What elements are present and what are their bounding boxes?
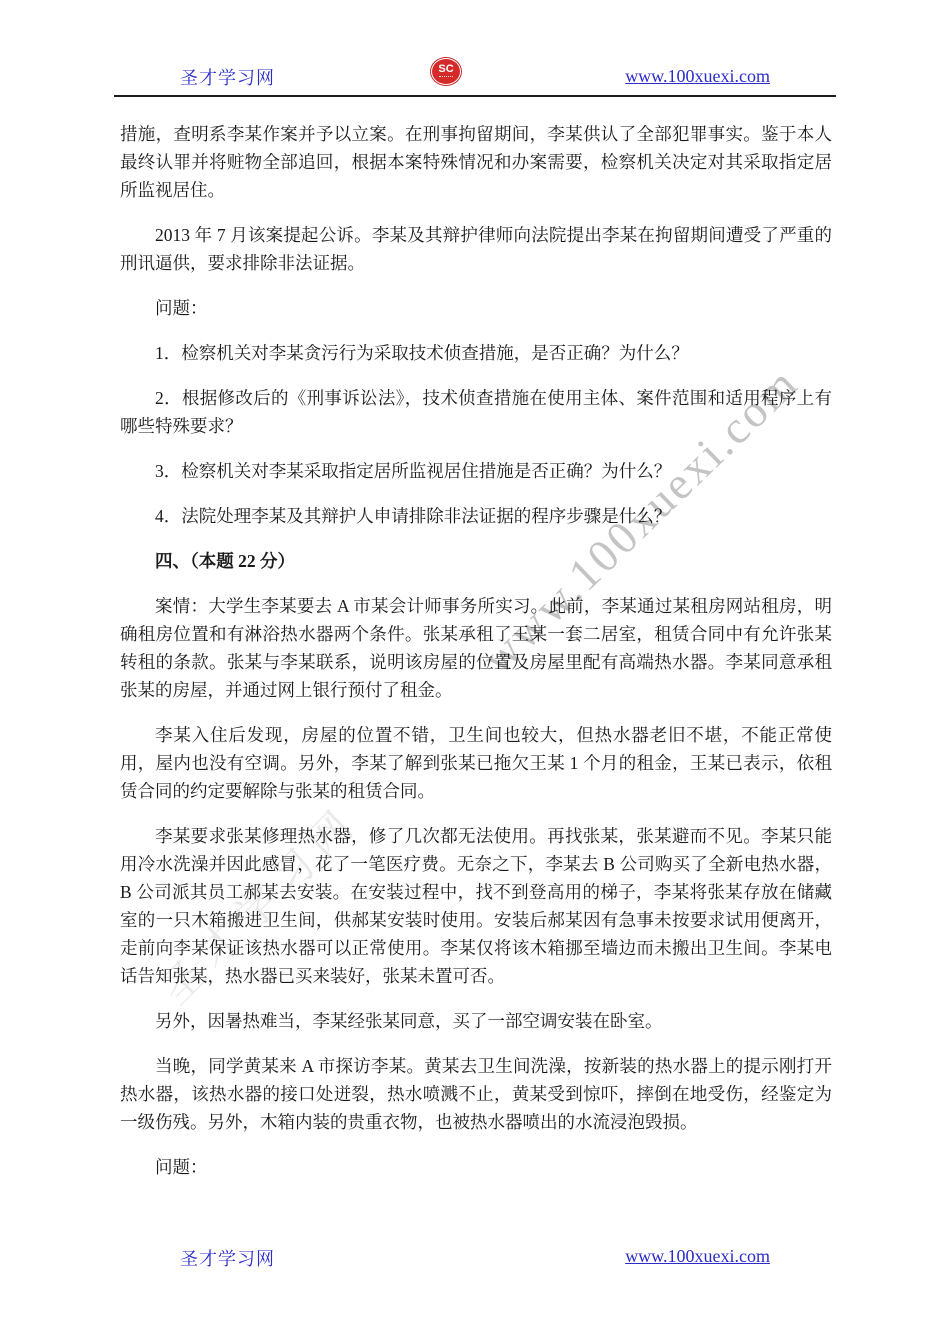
question-item-2: 2．根据修改后的《刑事诉讼法》，技术侦查措施在使用主体、案件范围和适用程序上有哪… <box>120 384 832 440</box>
document-page: 圣才学习网 SC www.100xuexi.com 圣才学习网 www.100x… <box>0 0 950 1344</box>
questions-label: 问题： <box>120 294 832 322</box>
document-body: 措施，查明系李某作案并予以立案。在刑事拘留期间，李某供认了全部犯罪事实。鉴于本人… <box>120 112 832 1198</box>
paragraph-case-facts: 2013 年 7 月该案提起公诉。李某及其辩护律师向法院提出李某在拘留期间遭受了… <box>120 221 832 277</box>
paragraph-case-detail-3: 另外，因暑热难当，李某经张某同意，买了一部空调安装在卧室。 <box>120 1007 832 1035</box>
footer-brand-link[interactable]: 圣才学习网 <box>180 1245 275 1271</box>
sc-logo-text: SC <box>432 59 460 84</box>
sc-logo-icon: SC <box>430 57 462 86</box>
paragraph-continuation: 措施，查明系李某作案并予以立案。在刑事拘留期间，李某供认了全部犯罪事实。鉴于本人… <box>120 120 832 204</box>
paragraph-case-detail-4: 当晚，同学黄某来 A 市探访李某。黄某去卫生间洗澡，按新装的热水器上的提示刚打开… <box>120 1052 832 1136</box>
question-item-3: 3．检察机关对李某采取指定居所监视居住措施是否正确？为什么？ <box>120 457 832 485</box>
paragraph-case-intro: 案情：大学生李某要去 A 市某会计师事务所实习。此前，李某通过某租房网站租房，明… <box>120 592 832 704</box>
header-url-link[interactable]: www.100xuexi.com <box>625 66 770 87</box>
header-divider <box>114 95 836 97</box>
paragraph-case-detail-1: 李某入住后发现，房屋的位置不错，卫生间也较大，但热水器老旧不堪，不能正常使用，屋… <box>120 721 832 805</box>
header-brand-link[interactable]: 圣才学习网 <box>180 64 275 90</box>
question-item-1: 1．检察机关对李某贪污行为采取技术侦查措施，是否正确？为什么？ <box>120 339 832 367</box>
section-heading: 四、（本题 22 分） <box>120 547 832 575</box>
questions-label-2: 问题： <box>120 1153 832 1181</box>
question-item-4: 4．法院处理李某及其辩护人申请排除非法证据的程序步骤是什么？ <box>120 502 832 530</box>
paragraph-case-detail-2: 李某要求张某修理热水器，修了几次都无法使用。再找张某，张某避而不见。李某只能用冷… <box>120 822 832 990</box>
footer-url-link[interactable]: www.100xuexi.com <box>625 1246 770 1267</box>
